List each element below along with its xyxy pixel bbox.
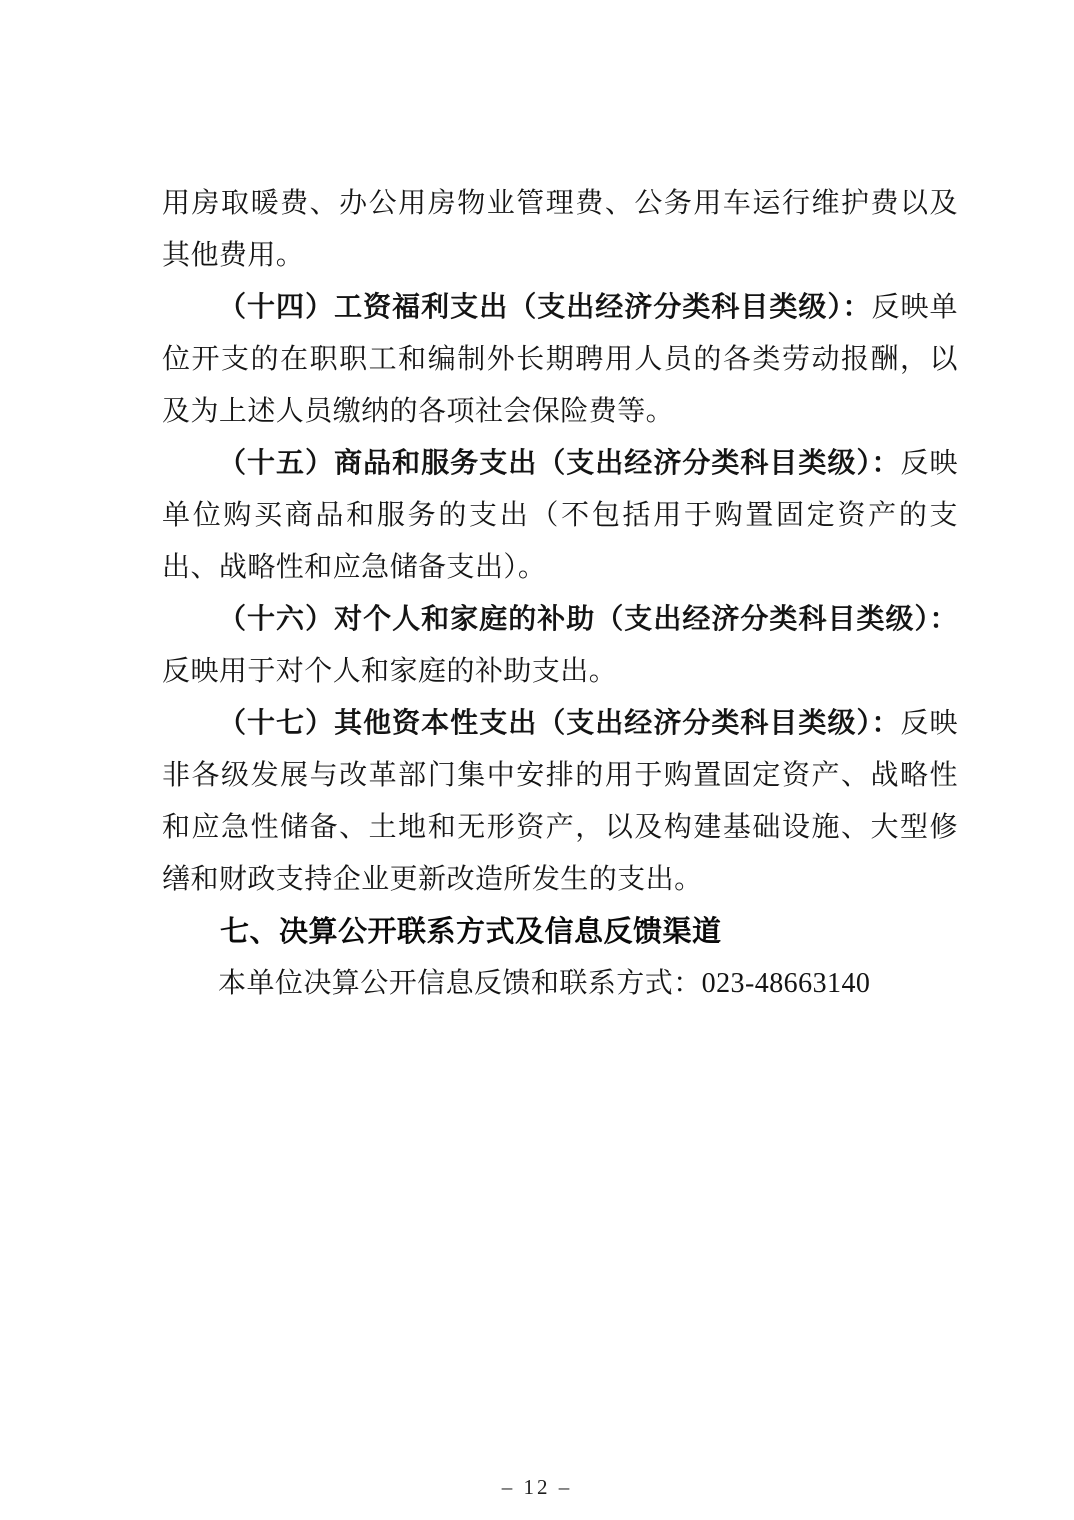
paragraph-run: 反映用于对个人和家庭的补助支出。 xyxy=(162,656,617,687)
page-number: – 12 – xyxy=(0,1475,1074,1500)
body-paragraph: （十四）工资福利支出（支出经济分类科目类级）：反映单位开支的在职职工和编制外长期… xyxy=(162,282,958,438)
body-paragraph: 本单位决算公开信息反馈和联系方式：023-48663140 xyxy=(162,958,958,1010)
document-body: 用房取暖费、办公用房物业管理费、公务用车运行维护费以及其他费用。（十四）工资福利… xyxy=(162,178,958,1010)
paragraph-run: （十六）对个人和家庭的补助（支出经济分类科目类级）： xyxy=(218,604,958,635)
paragraph-run: 用房取暖费、办公用房物业管理费、公务用车运行维护费以及其他费用。 xyxy=(162,188,958,271)
body-paragraph: （十七）其他资本性支出（支出经济分类科目类级）：反映非各级发展与改革部门集中安排… xyxy=(162,698,958,906)
paragraph-run: （十四）工资福利支出（支出经济分类科目类级）： xyxy=(218,292,872,323)
section-heading: 七、决算公开联系方式及信息反馈渠道 xyxy=(162,906,958,958)
paragraph-run: 七、决算公开联系方式及信息反馈渠道 xyxy=(220,916,722,948)
document-page: { "document": { "kind": "fiscal-disclosu… xyxy=(0,0,1074,1520)
body-paragraph: 用房取暖费、办公用房物业管理费、公务用车运行维护费以及其他费用。 xyxy=(162,178,958,282)
paragraph-run: （十五）商品和服务支出（支出经济分类科目类级）： xyxy=(218,448,901,479)
body-paragraph: （十五）商品和服务支出（支出经济分类科目类级）：反映单位购买商品和服务的支出（不… xyxy=(162,438,958,594)
paragraph-run: （十七）其他资本性支出（支出经济分类科目类级）： xyxy=(218,708,901,739)
body-paragraph: （十六）对个人和家庭的补助（支出经济分类科目类级）：反映用于对个人和家庭的补助支… xyxy=(162,594,958,698)
paragraph-run: 本单位决算公开信息反馈和联系方式：023-48663140 xyxy=(218,968,870,999)
